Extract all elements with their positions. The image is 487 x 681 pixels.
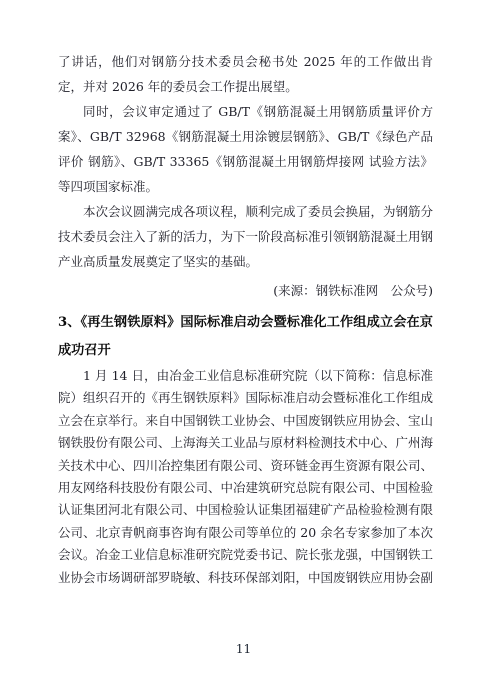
document-page: 了讲话，他们对钢筋分技术委员会秘书处 2025 年的工作做出肯定，并对 2026… bbox=[0, 0, 487, 681]
paragraph-standards-approved: 同时，会议审定通过了 GB/T《钢筋混凝土用钢筋质量评价方案》、GB/T 329… bbox=[58, 99, 433, 199]
page-number: 11 bbox=[236, 642, 251, 656]
source-attribution: (来源：钢铁标准网 公众号) bbox=[58, 278, 433, 303]
page-footer: 11 bbox=[0, 638, 487, 657]
paragraph-continuation: 了讲话，他们对钢筋分技术委员会秘书处 2025 年的工作做出肯定，并对 2026… bbox=[58, 49, 433, 99]
document-body: 了讲话，他们对钢筋分技术委员会秘书处 2025 年的工作做出肯定，并对 2026… bbox=[58, 49, 433, 589]
section-heading-recycled-steel: 3、《再生钢铁原料》国际标准启动会暨标准化工作组成立会在京成功召开 bbox=[58, 309, 433, 365]
paragraph-meeting-conclusion: 本次会议圆满完成各项议程，顺利完成了委员会换届，为钢筋分技术委员会注入了新的活力… bbox=[58, 199, 433, 274]
paragraph-kickoff-meeting: 1 月 14 日，由冶金工业信息标准研究院（以下简称：信息标准院）组织召开的《再… bbox=[58, 365, 433, 589]
